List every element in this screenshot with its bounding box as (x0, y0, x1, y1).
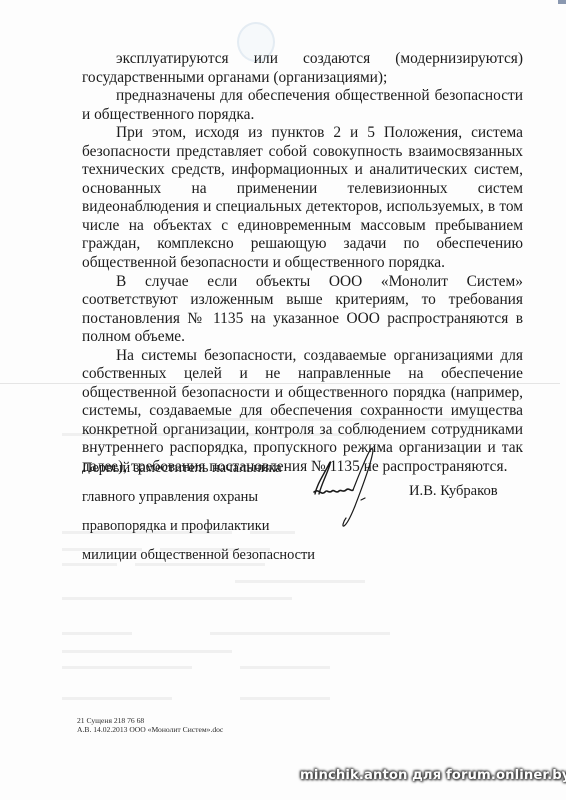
position-line-3: правопорядка и профилактики (82, 519, 315, 534)
position-line-4: милиции общественной безопасности (82, 548, 315, 563)
signature-block: Первый заместитель начальника главного у… (82, 446, 522, 536)
footer-file-line: А.В. 14.02.2013 ООО «Монолит Систем».doc (77, 725, 223, 734)
signatory-name: И.В. Кубраков (409, 483, 498, 500)
paragraph-3: При этом, исходя из пунктов 2 и 5 Положе… (82, 124, 523, 272)
position-line-2: главного управления охраны (82, 490, 315, 505)
paragraph-1: эксплуатируются или создаются (модернизи… (82, 50, 523, 87)
document-body: эксплуатируются или создаются (модернизи… (82, 50, 523, 477)
position-line-1: Первый заместитель начальника (82, 461, 315, 476)
footer-executor-line: 21 Сущеня 218 76 68 (77, 716, 223, 725)
watermark: minchik.anton для forum.onliner.by (300, 768, 566, 783)
paragraph-2: предназначены для обеспечения общественн… (82, 87, 523, 124)
signatory-position: Первый заместитель начальника главного у… (82, 446, 315, 577)
handwritten-signature-icon (311, 446, 381, 528)
footer-note: 21 Сущеня 218 76 68 А.В. 14.02.2013 ООО … (77, 716, 223, 735)
scanned-page: эксплуатируются или создаются (модернизи… (0, 0, 566, 800)
scan-corner-artifact (558, 0, 566, 4)
paragraph-4: В случае если объекты ООО «Монолит Систе… (82, 273, 523, 347)
